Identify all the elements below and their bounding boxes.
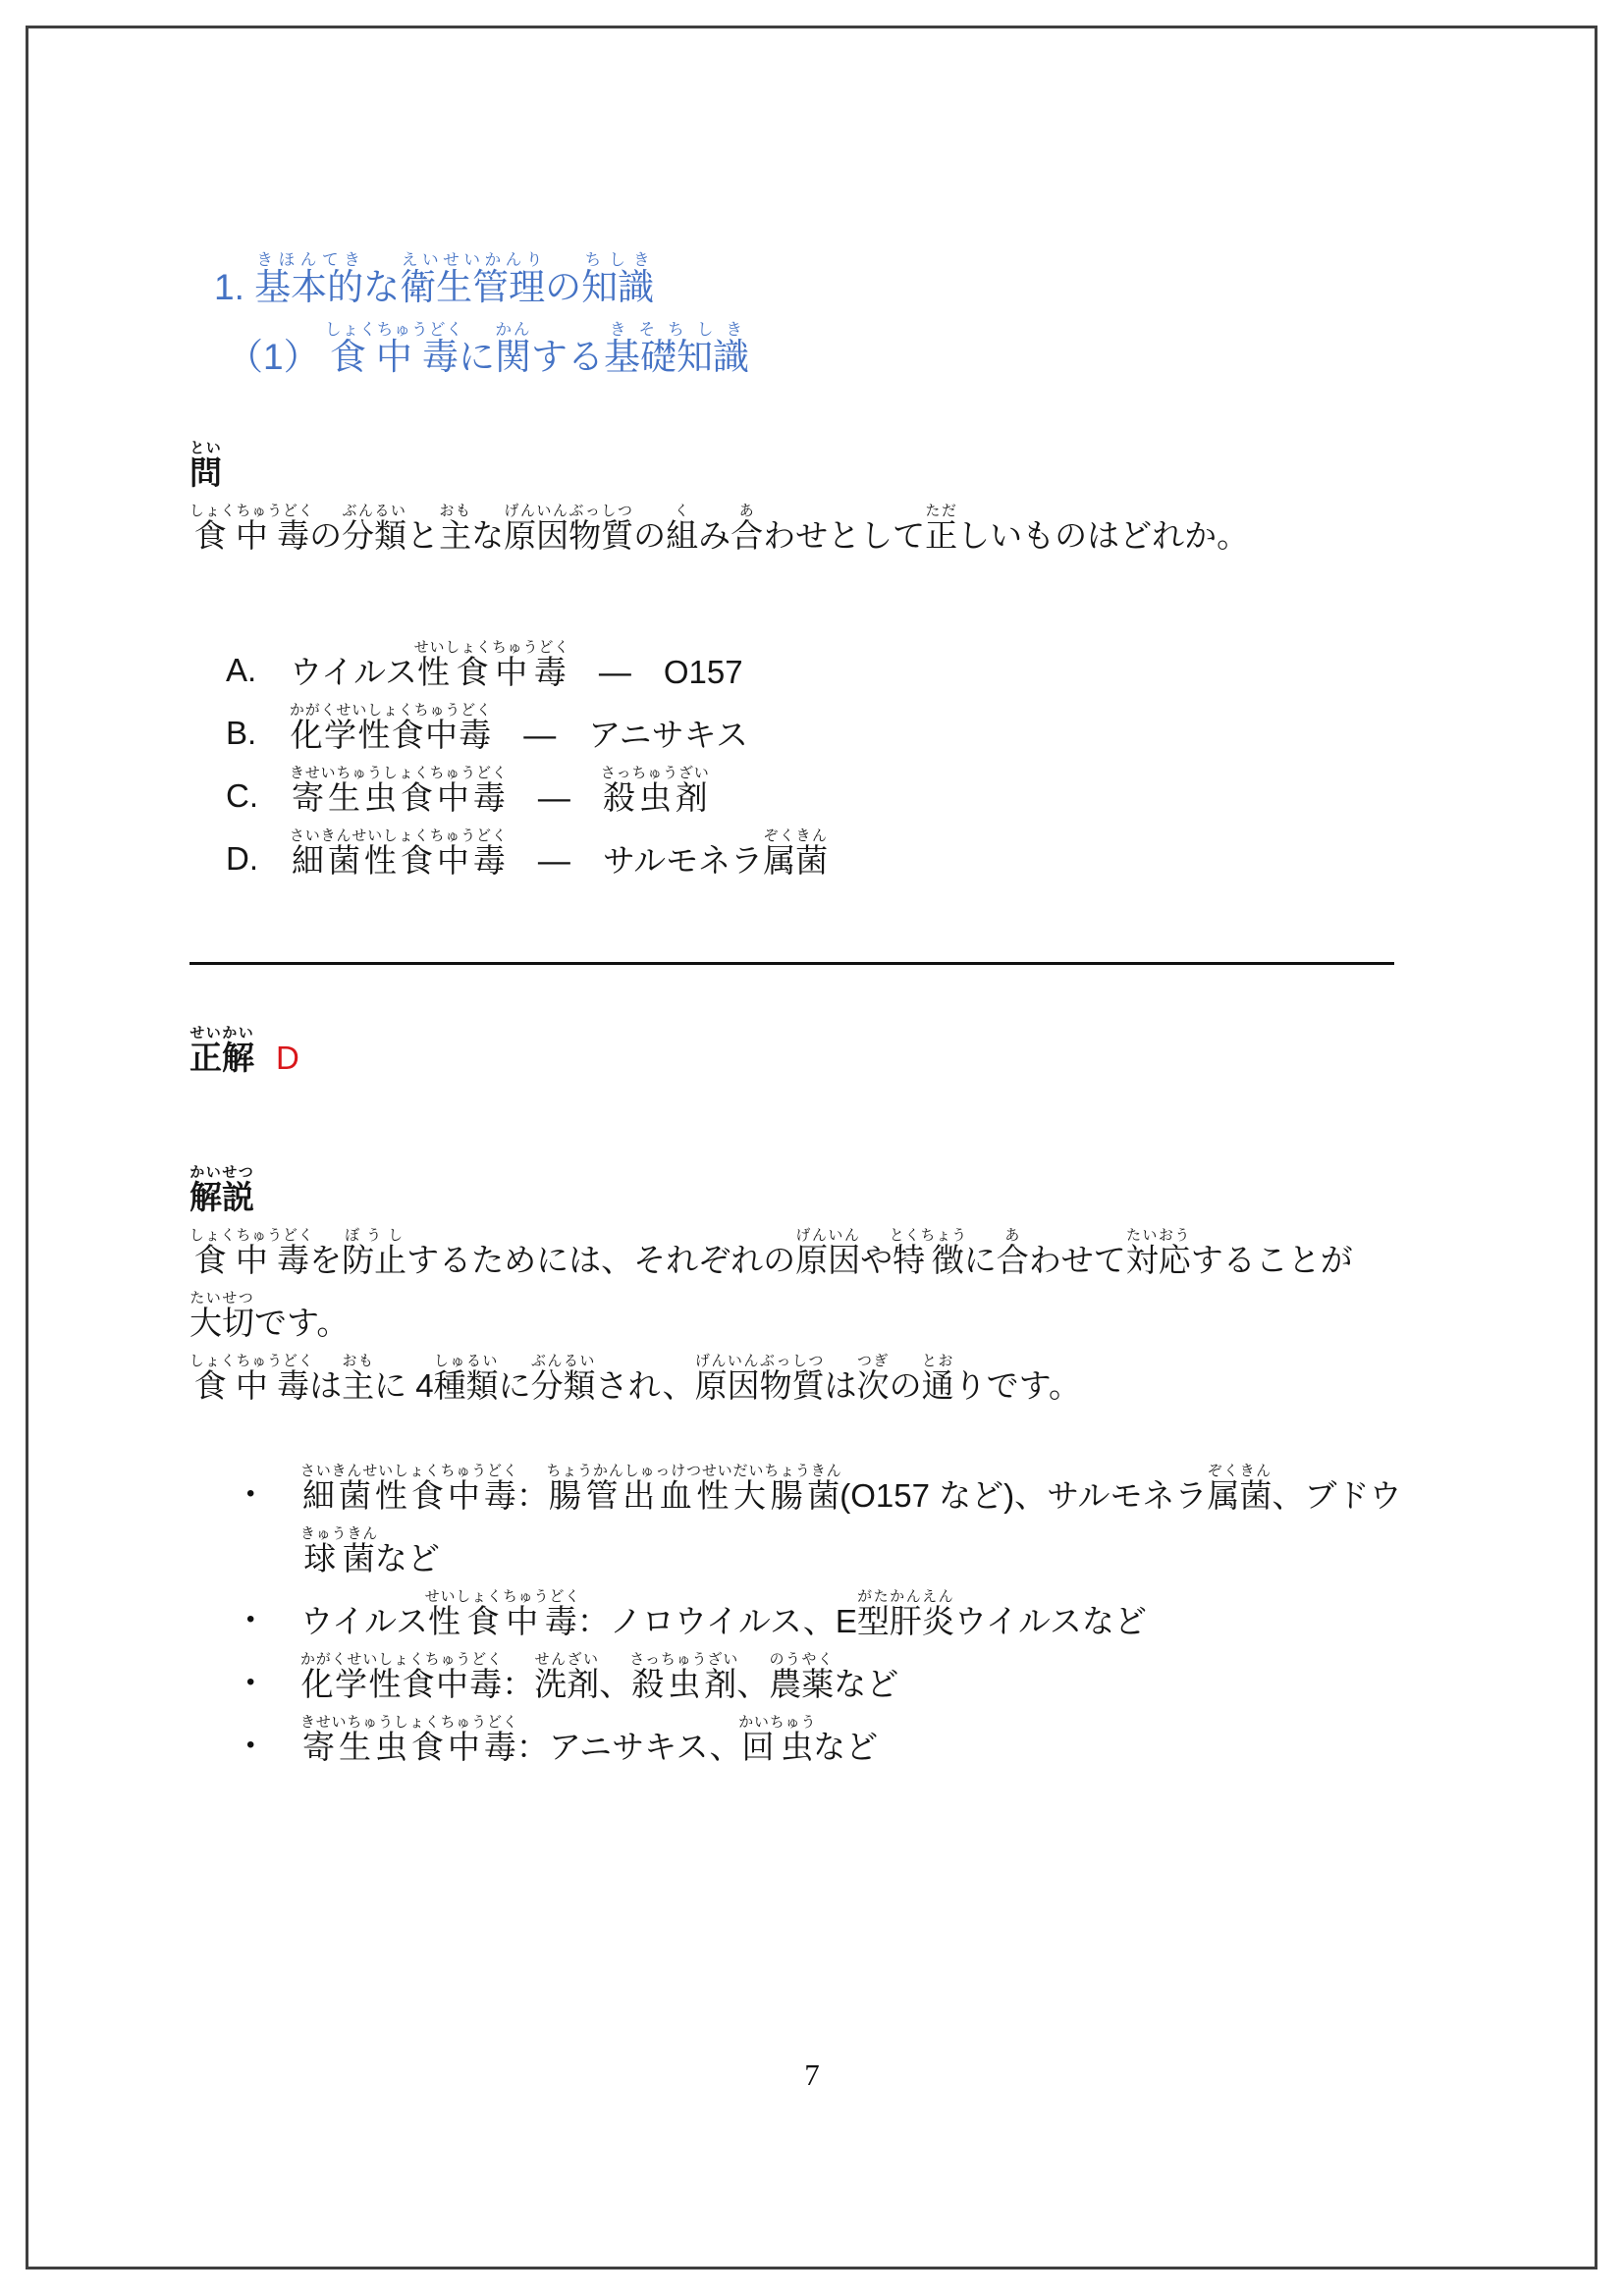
section-heading: 1. 基本的きほんてきな衛生管理えいせいかんりの知識ちしき bbox=[189, 250, 1436, 320]
explanation-label: 解説かいせつ bbox=[189, 1165, 1436, 1228]
option-d-text: 細菌性食中毒さいきんせいしょくちゅうどく ― サルモネラ属菌ぞくきん bbox=[290, 828, 828, 891]
option-b: B. 化学性食中毒かがくせいしょくちゅうどく ― アニサキス bbox=[189, 703, 1436, 766]
bullet-item: • 寄生虫食中毒きせいちゅうしょくちゅうどく：アニサキス、回虫かいちゅうなど bbox=[189, 1715, 1436, 1778]
option-a-letter: A. bbox=[189, 640, 290, 703]
option-d: D. 細菌性食中毒さいきんせいしょくちゅうどく ― サルモネラ属菌ぞくきん bbox=[189, 828, 1436, 891]
bullet-item: • 細菌性食中毒さいきんせいしょくちゅうどく：腸管出血性大腸菌ちょうかんしゅっけ… bbox=[189, 1464, 1436, 1589]
option-d-letter: D. bbox=[189, 828, 290, 891]
bullet-item: • ウイルス性食中毒せいしょくちゅうどく：ノロウイルス、E型肝炎がたかんえんウイ… bbox=[189, 1589, 1436, 1652]
option-b-text: 化学性食中毒かがくせいしょくちゅうどく ― アニサキス bbox=[290, 703, 748, 766]
explanation-line: 食中毒しょくちゅうどくは主おもに 4種類しゅるいに分類ぶんるいされ、原因物質げん… bbox=[189, 1354, 1436, 1416]
bullet-text-line: 細菌性食中毒さいきんせいしょくちゅうどく：腸管出血性大腸菌ちょうかんしゅっけつせ… bbox=[300, 1464, 1436, 1526]
bullet-list: • 細菌性食中毒さいきんせいしょくちゅうどく：腸管出血性大腸菌ちょうかんしゅっけ… bbox=[189, 1464, 1436, 1778]
explanation-line: 大切たいせつです。 bbox=[189, 1291, 1436, 1354]
bullet-text: ウイルス性食中毒せいしょくちゅうどく：ノロウイルス、E型肝炎がたかんえんウイルス… bbox=[300, 1589, 1436, 1652]
section-divider bbox=[189, 962, 1394, 965]
bullet-text: 細菌性食中毒さいきんせいしょくちゅうどく：腸管出血性大腸菌ちょうかんしゅっけつせ… bbox=[300, 1464, 1436, 1589]
bullet-icon: • bbox=[189, 1715, 300, 1778]
bullet-text-line: 化学性食中毒かがくせいしょくちゅうどく：洗剤せんざい、殺虫剤さっちゅうざい、農薬… bbox=[300, 1652, 1436, 1715]
answer-value: D bbox=[276, 1040, 299, 1076]
page-number: 7 bbox=[0, 2057, 1624, 2093]
bullet-text: 化学性食中毒かがくせいしょくちゅうどく：洗剤せんざい、殺虫剤さっちゅうざい、農薬… bbox=[300, 1652, 1436, 1715]
question-label: 問とい bbox=[189, 441, 1436, 504]
bullet-icon: • bbox=[189, 1652, 300, 1715]
option-c: C. 寄生虫食中毒きせいちゅうしょくちゅうどく ― 殺虫剤さっちゅうざい bbox=[189, 766, 1436, 828]
bullet-text-line: 寄生虫食中毒きせいちゅうしょくちゅうどく：アニサキス、回虫かいちゅうなど bbox=[300, 1715, 1436, 1778]
option-c-text: 寄生虫食中毒きせいちゅうしょくちゅうどく ― 殺虫剤さっちゅうざい bbox=[290, 766, 710, 828]
option-b-letter: B. bbox=[189, 703, 290, 766]
bullet-text-line: 球菌きゅうきんなど bbox=[300, 1526, 1436, 1589]
page-content: 1. 基本的きほんてきな衛生管理えいせいかんりの知識ちしき （1） 食中毒しょく… bbox=[189, 250, 1436, 1778]
bullet-text: 寄生虫食中毒きせいちゅうしょくちゅうどく：アニサキス、回虫かいちゅうなど bbox=[300, 1715, 1436, 1778]
bullet-icon: • bbox=[189, 1589, 300, 1652]
sub-heading: （1） 食中毒しょくちゅうどくに関かんする基礎知識きそちしき bbox=[189, 320, 1436, 390]
bullet-text-line: ウイルス性食中毒せいしょくちゅうどく：ノロウイルス、E型肝炎がたかんえんウイルス… bbox=[300, 1589, 1436, 1652]
options-list: A. ウイルス性食中毒せいしょくちゅうどく ― O157 B. 化学性食中毒かが… bbox=[189, 640, 1436, 891]
question-text: 食中毒しょくちゅうどくの分類ぶんるいと主おもな原因物質げんいんぶっしつの組くみ合… bbox=[189, 504, 1436, 566]
option-c-letter: C. bbox=[189, 766, 290, 828]
answer-label: 正解せいかい bbox=[189, 1040, 254, 1076]
answer-row: 正解せいかいD bbox=[189, 1026, 1436, 1089]
bullet-icon: • bbox=[189, 1464, 300, 1589]
explanation-line: 食中毒しょくちゅうどくを防止ぼうしするためには、それぞれの原因げんいんや特徴とく… bbox=[189, 1228, 1436, 1291]
document-page: 1. 基本的きほんてきな衛生管理えいせいかんりの知識ちしき （1） 食中毒しょく… bbox=[0, 0, 1624, 2296]
option-a: A. ウイルス性食中毒せいしょくちゅうどく ― O157 bbox=[189, 640, 1436, 703]
option-a-text: ウイルス性食中毒せいしょくちゅうどく ― O157 bbox=[290, 640, 743, 703]
bullet-item: • 化学性食中毒かがくせいしょくちゅうどく：洗剤せんざい、殺虫剤さっちゅうざい、… bbox=[189, 1652, 1436, 1715]
